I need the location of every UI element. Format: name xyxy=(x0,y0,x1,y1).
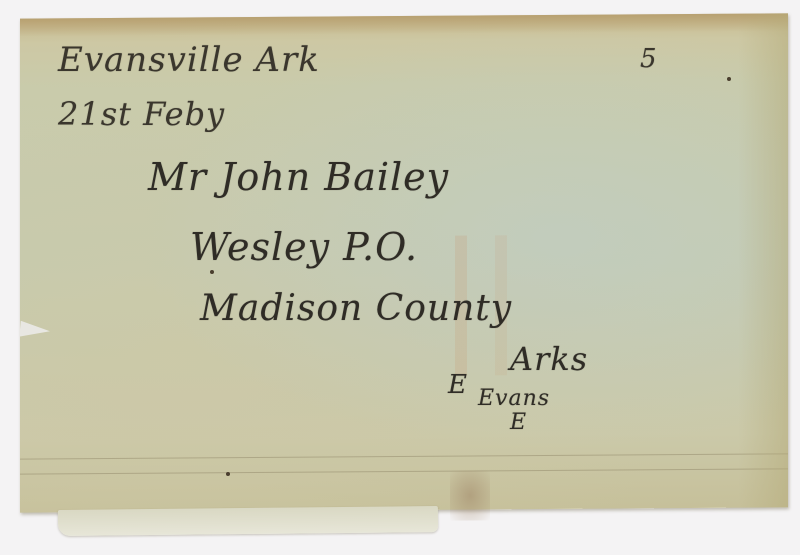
addressee-state: Arks xyxy=(510,340,588,378)
postmark-date: 21st Feby xyxy=(58,95,225,133)
fold-line xyxy=(20,453,788,459)
postage-rate: 5 xyxy=(640,44,658,74)
folded-flap xyxy=(58,506,438,536)
addressee-post-office: Wesley P.O. xyxy=(190,225,418,269)
sender-endorsement-initial-2: E xyxy=(510,410,527,435)
ink-spot xyxy=(727,77,731,81)
fold-line xyxy=(20,468,788,474)
addressee-county: Madison County xyxy=(200,288,512,329)
ink-spot xyxy=(210,270,214,274)
paper-stain xyxy=(450,470,490,520)
ink-spot xyxy=(226,472,230,476)
sender-endorsement-initial: E xyxy=(448,370,468,400)
addressee-name: Mr John Bailey xyxy=(148,155,449,199)
sender-endorsement-name: Evans xyxy=(478,386,550,411)
edge-tear xyxy=(19,321,50,340)
postmark-town: Evansville Ark xyxy=(58,40,320,80)
